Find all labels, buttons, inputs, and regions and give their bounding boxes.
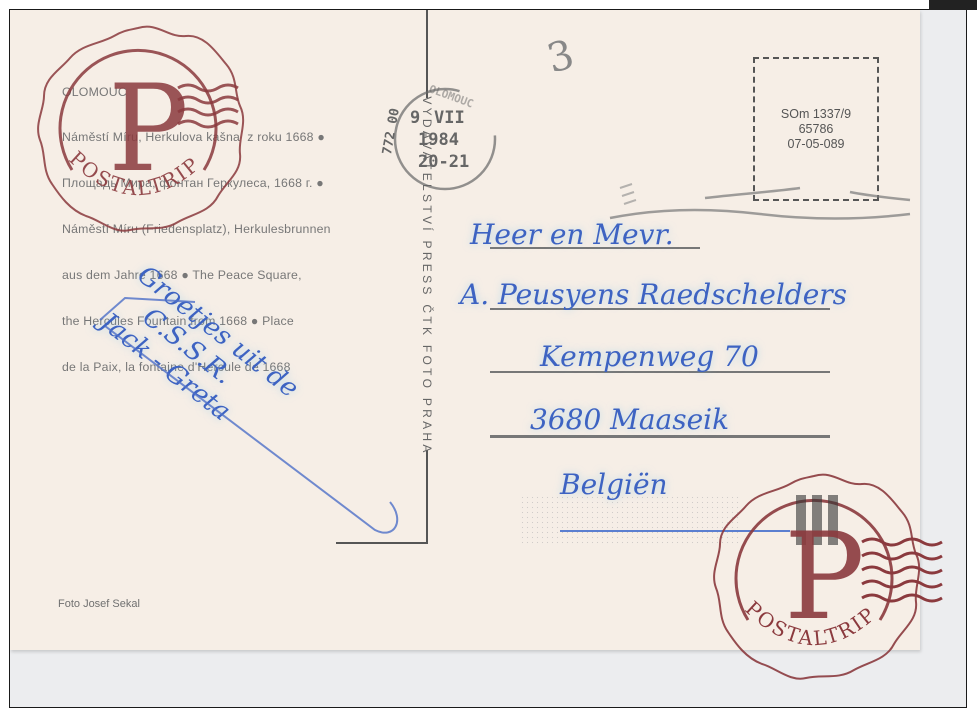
address-city: 3680 Maaseik: [530, 403, 729, 436]
center-divider: [426, 450, 428, 544]
postmark-month: VII: [434, 108, 465, 128]
caption-line: aus dem Jahre 1668 ● The Peace Square,: [62, 268, 331, 283]
stamp-serial: 07-05-089: [788, 137, 845, 152]
stamp-code: SOm 1337/9: [781, 107, 851, 122]
scan-edge: [929, 0, 977, 10]
address-recipient: Heer en Mevr.: [470, 218, 674, 251]
photo-credit: Foto Josef Sekal: [58, 598, 140, 610]
postmark: OLOMOUC 9 VII 1984 20-21 772 00: [390, 84, 500, 194]
postmark-time: 20-21: [418, 152, 469, 172]
postmark-year: 1984: [418, 130, 459, 150]
postaltrip-watermark-icon: P POSTALTRIP: [704, 470, 954, 690]
address-street: Kempenweg 70: [540, 340, 759, 373]
handwritten-underline: [95, 290, 405, 550]
address-name: A. Peusyens Raedschelders: [460, 278, 847, 311]
address-country: Belgiën: [560, 468, 668, 501]
postaltrip-watermark-icon: P POSTALTRIP: [28, 20, 248, 240]
postmark-day: 9: [410, 108, 420, 128]
stamp-number: 65786: [799, 122, 834, 137]
